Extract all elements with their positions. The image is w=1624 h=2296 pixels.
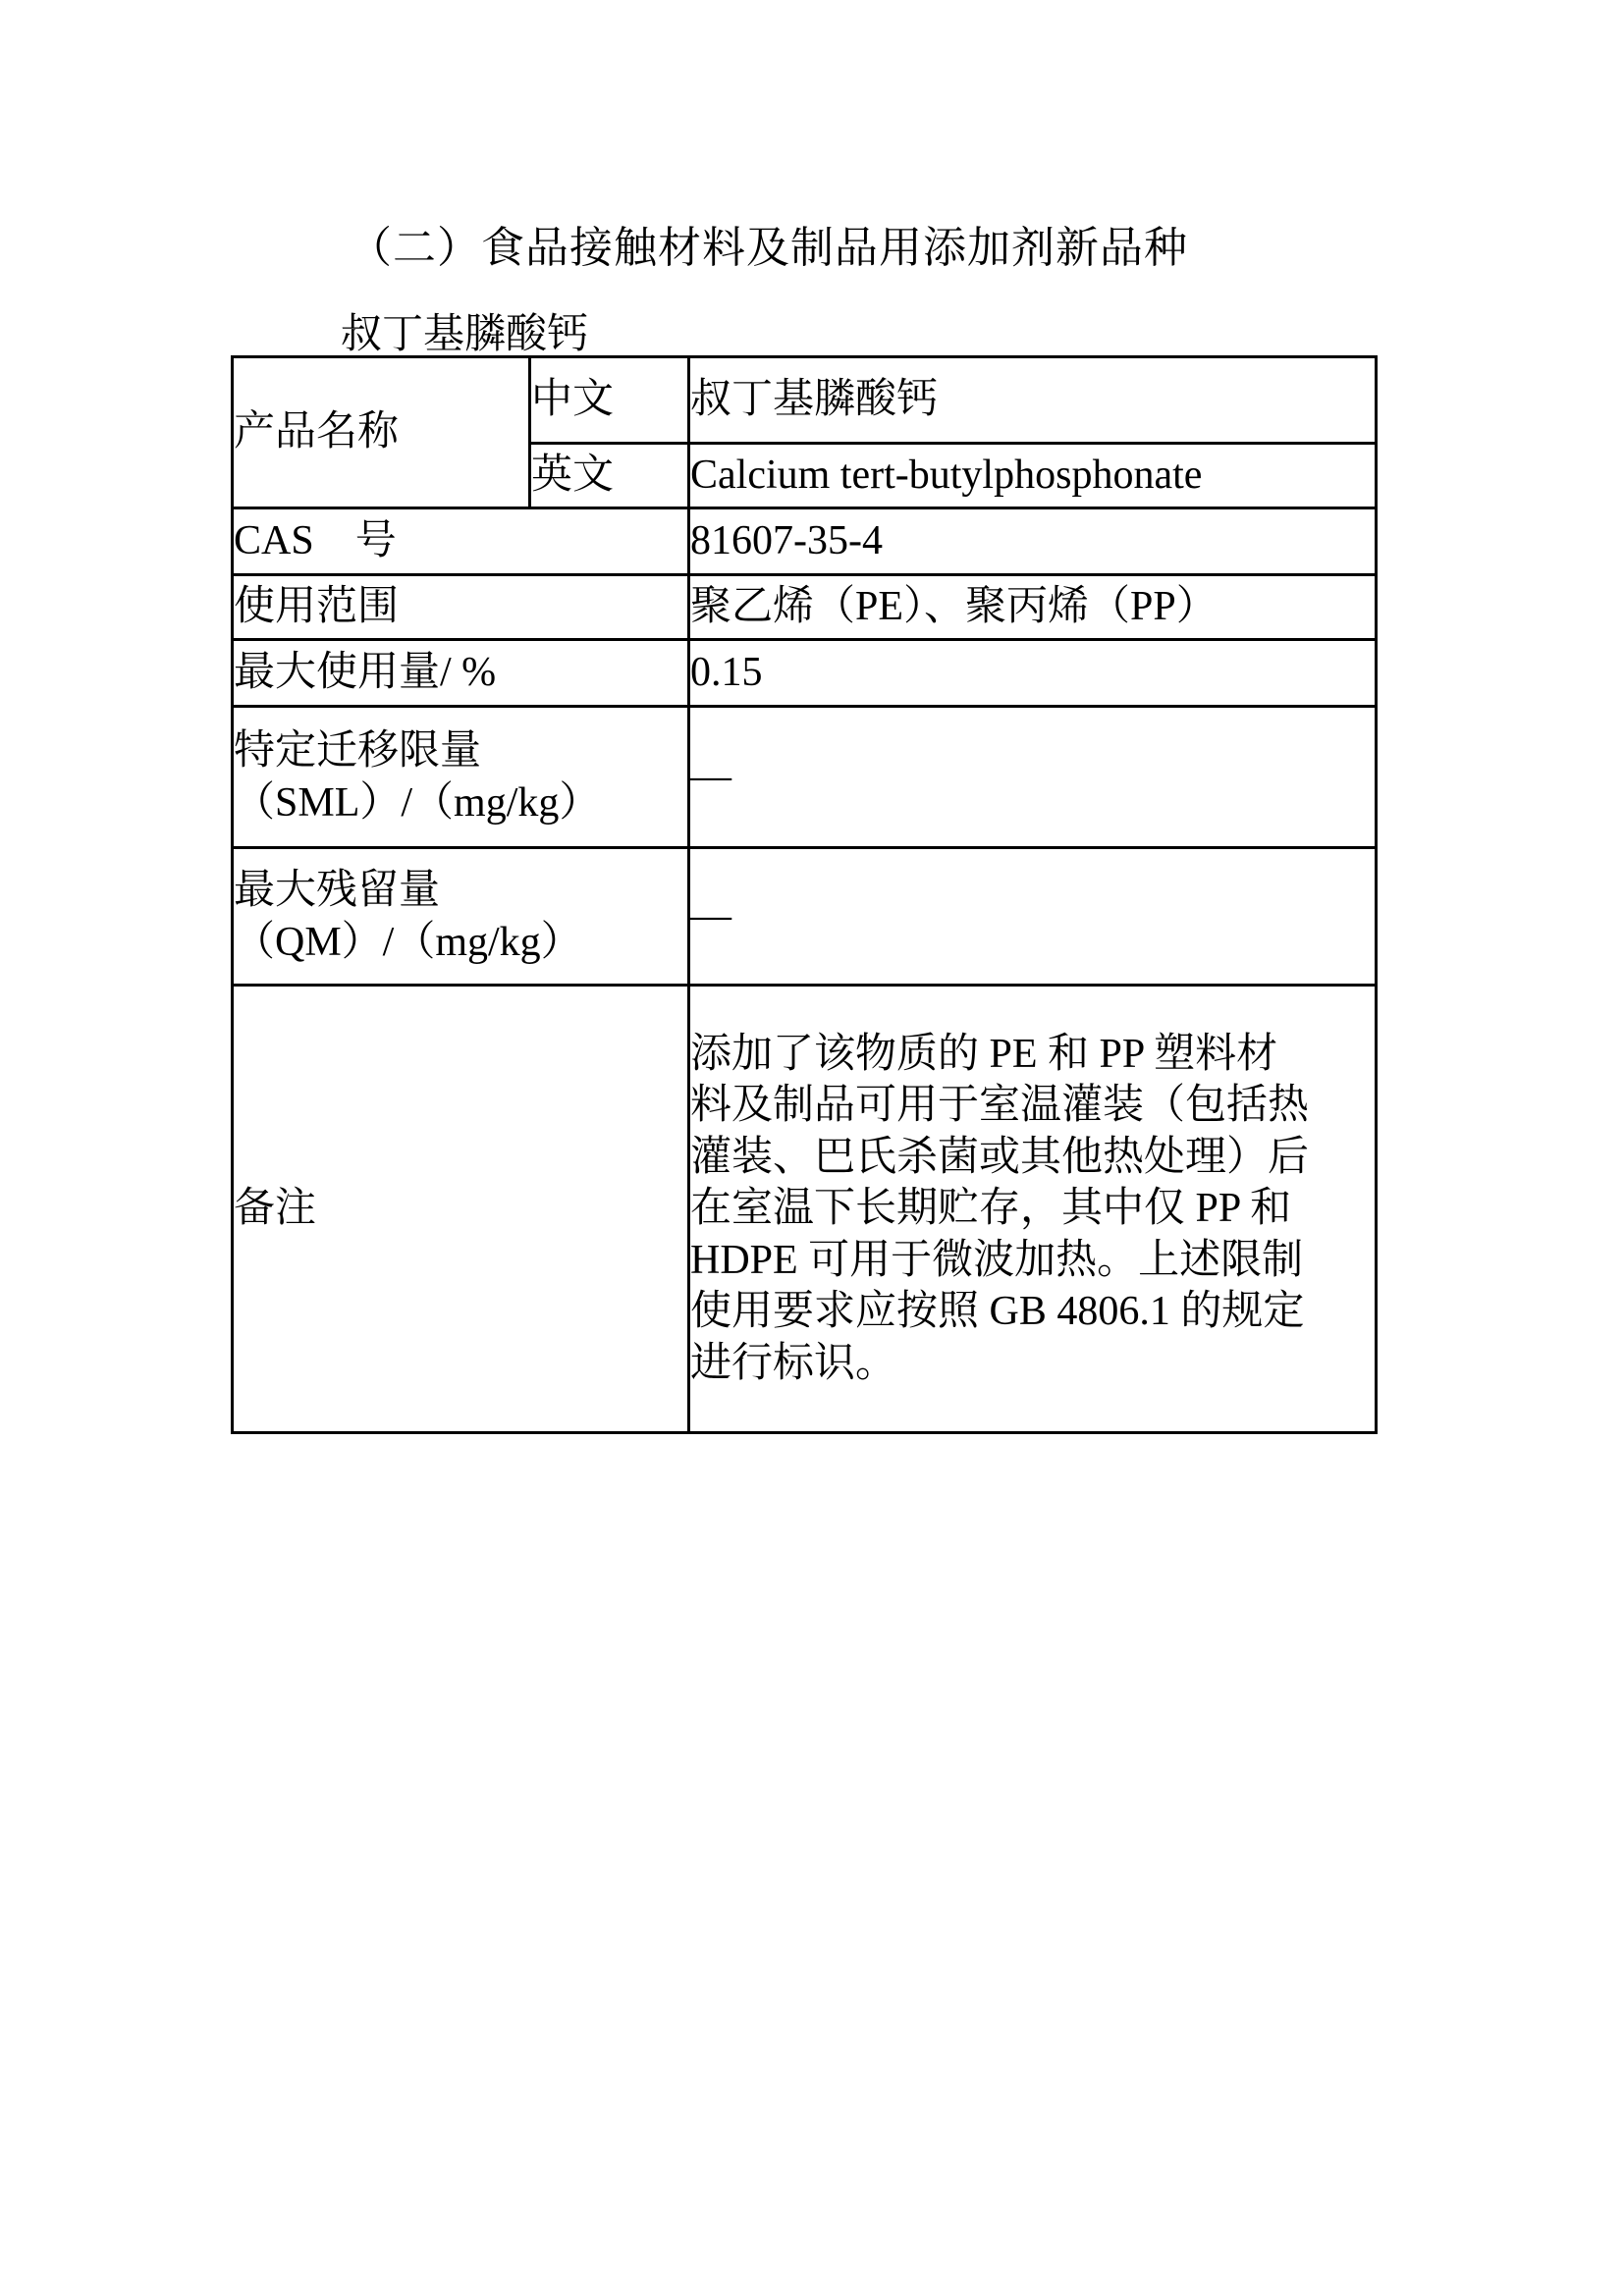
chinese-name-label: 中文 bbox=[530, 357, 689, 444]
table-row: 产品名称 中文 叔丁基膦酸钙 bbox=[233, 357, 1377, 444]
max-usage-value: 0.15 bbox=[689, 640, 1377, 707]
table-row: 使用范围 聚乙烯（PE）、聚丙烯（PP） bbox=[233, 575, 1377, 640]
qm-residue-value: — bbox=[689, 848, 1377, 986]
usage-scope-value: 聚乙烯（PE）、聚丙烯（PP） bbox=[689, 575, 1377, 640]
table-row: 备注 添加了该物质的 PE 和 PP 塑料材 料及制品可用于室温灌装（包括热 灌… bbox=[233, 986, 1377, 1433]
cas-number-label: CAS 号 bbox=[233, 508, 689, 575]
table-row: 最大残留量 （QM）/（mg/kg） — bbox=[233, 848, 1377, 986]
sml-limit-label: 特定迁移限量 （SML）/（mg/kg） bbox=[233, 707, 689, 848]
remarks-value: 添加了该物质的 PE 和 PP 塑料材 料及制品可用于室温灌装（包括热 灌装、巴… bbox=[689, 986, 1377, 1433]
remarks-label: 备注 bbox=[233, 986, 689, 1433]
table-row: 特定迁移限量 （SML）/（mg/kg） — bbox=[233, 707, 1377, 848]
chinese-name-value: 叔丁基膦酸钙 bbox=[689, 357, 1377, 444]
english-name-label: 英文 bbox=[530, 444, 689, 508]
substance-title: 叔丁基膦酸钙 bbox=[341, 301, 588, 360]
substance-spec-table: 产品名称 中文 叔丁基膦酸钙 英文 Calcium tert-butylphos… bbox=[231, 355, 1378, 1434]
section-heading: （二）食品接触材料及制品用添加剂新品种 bbox=[349, 212, 1188, 275]
document-page: （二）食品接触材料及制品用添加剂新品种 叔丁基膦酸钙 产品名称 中文 叔丁基膦酸… bbox=[0, 0, 1624, 2296]
max-usage-label: 最大使用量/ % bbox=[233, 640, 689, 707]
qm-residue-label: 最大残留量 （QM）/（mg/kg） bbox=[233, 848, 689, 986]
cas-number-value: 81607-35-4 bbox=[689, 508, 1377, 575]
english-name-value: Calcium tert-butylphosphonate bbox=[689, 444, 1377, 508]
table-row: 最大使用量/ % 0.15 bbox=[233, 640, 1377, 707]
sml-limit-value: — bbox=[689, 707, 1377, 848]
table-row: CAS 号 81607-35-4 bbox=[233, 508, 1377, 575]
usage-scope-label: 使用范围 bbox=[233, 575, 689, 640]
product-name-label: 产品名称 bbox=[233, 357, 530, 508]
